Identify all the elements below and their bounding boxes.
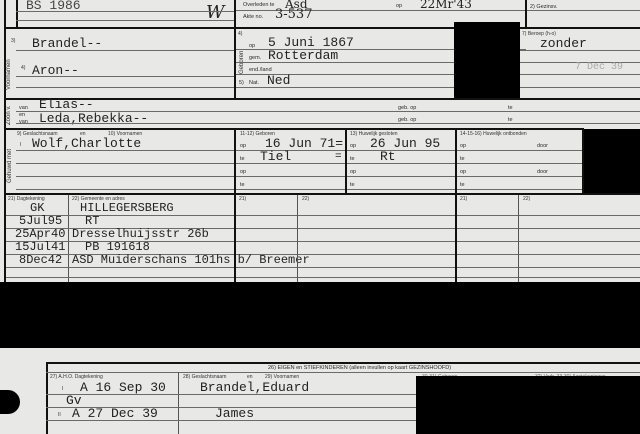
father-name: Elias--	[39, 97, 94, 112]
address-row-address: Dresselhuijsstr 26b	[72, 227, 209, 241]
rule	[16, 176, 584, 177]
voornamen-section-label: Voornamen	[6, 59, 12, 90]
col22-label: 22)	[302, 196, 309, 202]
address-row-date: 15Jul41	[15, 240, 65, 254]
rule	[16, 76, 234, 77]
rule	[16, 189, 584, 190]
person-bottom-border	[4, 98, 640, 100]
marriage-divider-2	[345, 129, 347, 193]
op-label-2: op	[240, 169, 246, 175]
address-row-date: 25Apr40	[15, 227, 65, 241]
header-line	[16, 20, 234, 21]
left-border	[4, 0, 6, 282]
rule	[520, 87, 640, 88]
address-divider-5	[518, 195, 519, 282]
children-section-title: 26) EIGEN en STIEFKINDEREN (alleen invul…	[268, 365, 451, 371]
rule	[46, 372, 640, 373]
father-te-label: te	[508, 105, 513, 111]
spouse-name: Wolf,Charlotte	[32, 136, 141, 151]
address-row-address: RT	[85, 214, 99, 228]
rule	[16, 123, 640, 124]
married-te-label: te	[350, 156, 355, 162]
child-row-name: Brandel,Eduard	[200, 380, 309, 395]
address-row-address: ASD Muiderschans 101hs b/ Breemer	[72, 253, 310, 267]
field-num-4: 4)	[21, 65, 25, 71]
child-row-name: James	[215, 406, 254, 421]
overleden-label: Overleden te	[243, 2, 275, 8]
redaction-block	[454, 22, 520, 98]
marriage-roman-1: I	[20, 142, 21, 148]
field-num-3: 3)	[11, 38, 15, 44]
akte-label: Akte no.	[243, 14, 263, 20]
rule	[16, 163, 584, 164]
marriage-divider-3	[455, 129, 457, 193]
nationality: Ned	[267, 73, 290, 88]
gehuwd-section-label: Gehuwd met	[7, 149, 13, 183]
door-label-1: door	[537, 143, 548, 149]
rule	[520, 50, 640, 51]
address-row-address: PB 191618	[85, 240, 150, 254]
rule	[16, 87, 234, 88]
rule	[46, 394, 416, 395]
child-row-marker: I	[62, 386, 63, 392]
ontbonden-op-label: op	[460, 143, 466, 149]
faded-text: 7 Dec 39	[575, 62, 623, 73]
equals-mark: =	[335, 151, 342, 163]
address-row-date: GK	[30, 201, 44, 215]
father-geb-op-label: geb. op	[398, 105, 416, 111]
op-label-3: op	[350, 169, 356, 175]
redaction-block	[584, 129, 640, 193]
parents-section-label: Zoon v.	[6, 105, 12, 125]
spouse-born-place: Tiel	[260, 149, 291, 164]
overleden-op-label: op	[396, 3, 402, 9]
header-left-divider	[16, 0, 18, 27]
address-divider-3	[297, 195, 298, 282]
col22-label-2: 22)	[523, 196, 530, 202]
parents-bottom-border	[4, 128, 584, 130]
child-row-marker: II	[58, 412, 61, 418]
header-line	[16, 11, 234, 12]
gezinsv-label: 2) Gezinsv.	[530, 4, 557, 10]
children-top-border	[46, 362, 640, 364]
mother-van-label: van	[19, 119, 28, 125]
address-row-date: 8Dec42	[19, 253, 62, 267]
redaction-block	[416, 376, 640, 434]
header-mid-divider	[234, 0, 236, 27]
rule	[6, 215, 640, 216]
akte-number: 3-537	[275, 7, 312, 22]
te-label-2: te	[240, 182, 245, 188]
door-label-2: door	[537, 169, 548, 175]
nat-num: 5)	[239, 80, 244, 86]
married-op-label: op	[350, 143, 356, 149]
address-col-divider	[68, 195, 69, 282]
ontbonden-te-label-2: te	[460, 182, 465, 188]
beroep-value: zonder	[540, 36, 587, 51]
spouse-born-op-label: op	[240, 143, 246, 149]
rule	[16, 50, 234, 51]
born-place: Rotterdam	[268, 48, 338, 63]
nat-label: Nat.	[249, 80, 259, 86]
address-row-address: HILLEGERSBERG	[80, 201, 174, 215]
rule	[6, 277, 640, 278]
te-label-3: te	[350, 182, 355, 188]
field-num: 4)	[238, 31, 242, 37]
surname: Brandel--	[32, 36, 102, 51]
children-col-divider	[178, 372, 179, 434]
rule	[6, 267, 640, 268]
ontbonden-op-label-2: op	[460, 169, 466, 175]
address-divider-2	[234, 195, 236, 282]
address-row-date: 5Jul95	[19, 214, 62, 228]
child-row-aho: A 16 Sep 30	[80, 380, 166, 395]
overleden-date: 22Mr'43	[420, 0, 472, 11]
marriage-divider-1	[234, 129, 236, 193]
rule	[46, 420, 416, 421]
header-right-divider	[525, 0, 527, 27]
married-place: Rt	[380, 149, 396, 164]
born-gem-label: gem.	[249, 55, 261, 61]
rule	[520, 74, 640, 75]
child-row-aho: A 27 Dec 39	[72, 406, 158, 421]
marriage-bottom-border	[4, 193, 640, 195]
parents-en-label: en	[19, 112, 25, 118]
header-bottom-border	[4, 27, 640, 29]
col21-label-2: 21)	[460, 196, 467, 202]
ontbonden-te-label: te	[460, 156, 465, 162]
spouse-born-te-label: te	[240, 156, 245, 162]
col21-label: 21)	[239, 196, 246, 202]
address-divider-4	[455, 195, 457, 282]
ontbonden-col-label: 14-15-16) Huwelijk ontbonden	[460, 131, 527, 137]
redaction-band	[0, 282, 640, 348]
